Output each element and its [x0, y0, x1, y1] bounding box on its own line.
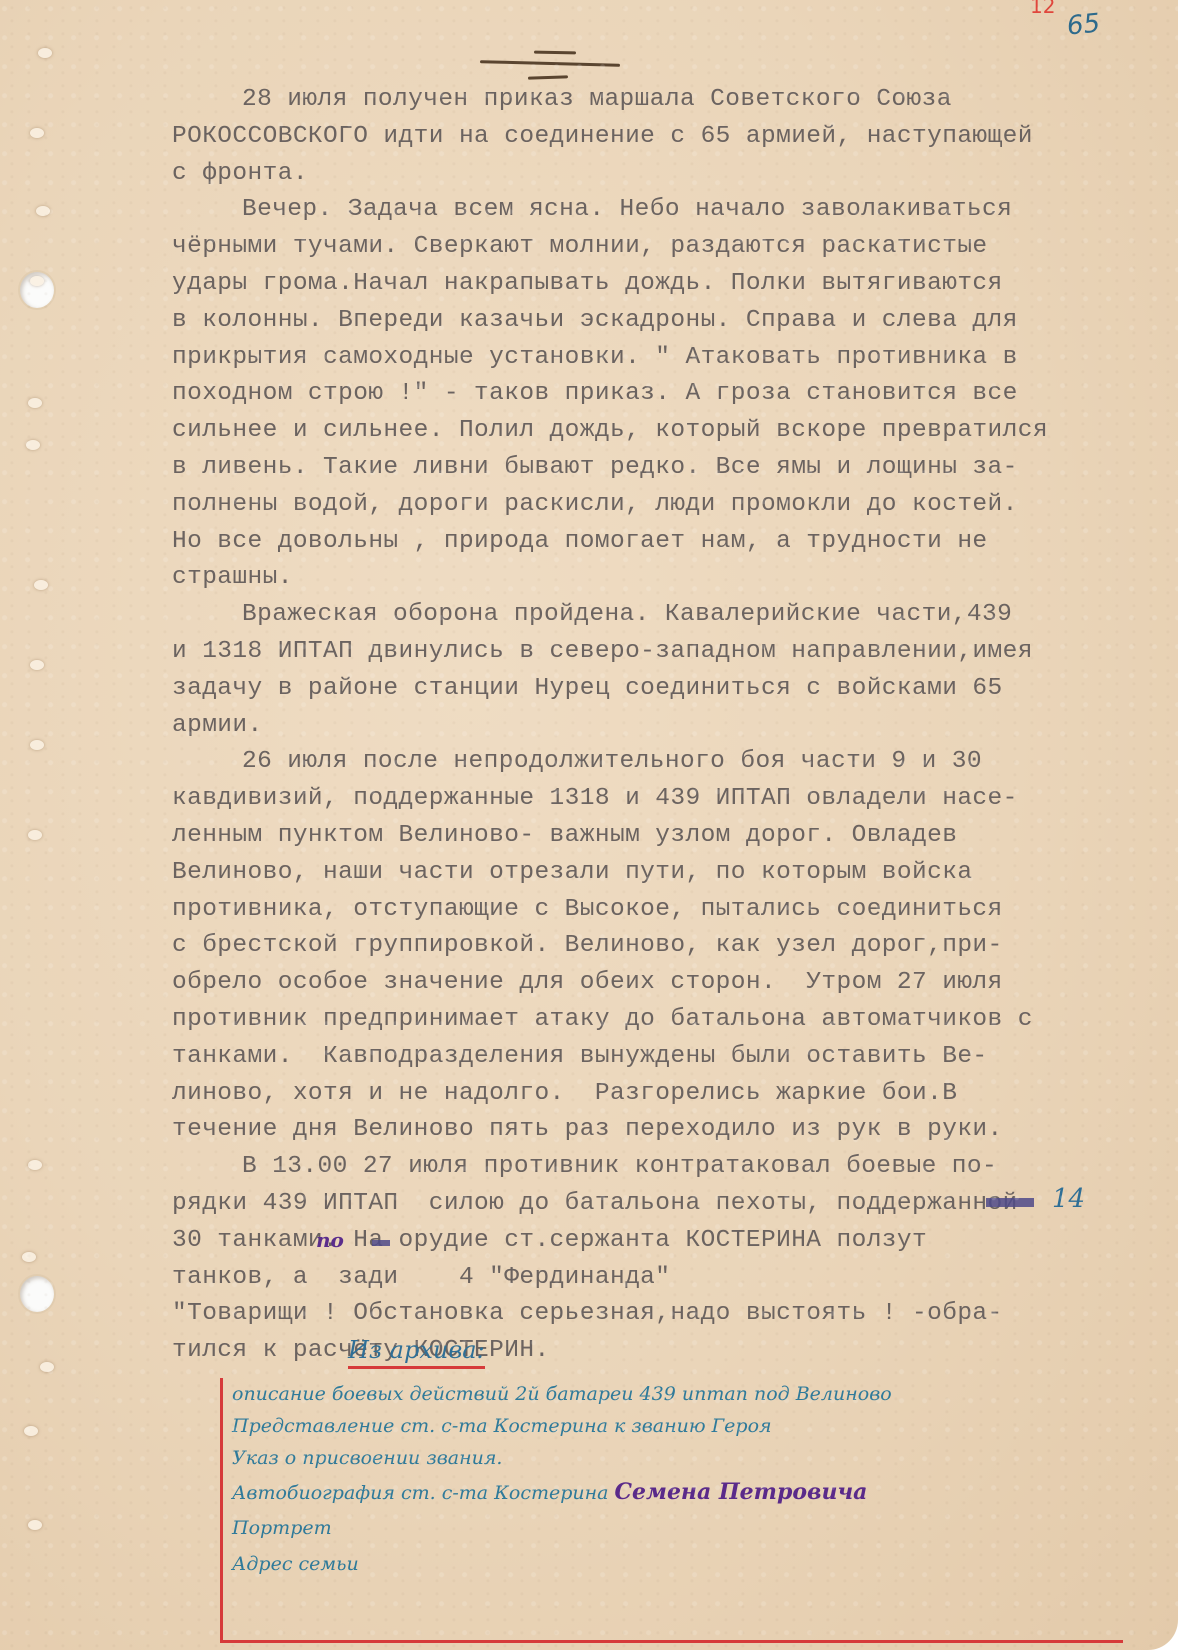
tack-mark [28, 1160, 42, 1170]
tack-mark [36, 206, 50, 216]
text-line: обрело особое значение для обеих сторон.… [172, 965, 1082, 1002]
text-line: 28 июля получен приказ маршала Советског… [172, 82, 1082, 119]
archive-name-addition: Семена Петровича [615, 1479, 868, 1505]
text-line: танков, а зади 4 "Фердинанда" [172, 1260, 1082, 1297]
text-line: задачу в районе станции Нурец соединитьс… [172, 671, 1082, 708]
separator-dash [534, 51, 576, 55]
text-line: тился к расчёту КОСТЕРИН. [172, 1333, 1082, 1370]
text-line: танками. Кавподразделения вынуждены были… [172, 1039, 1082, 1076]
text-line: страшны. [172, 560, 1082, 597]
text-line: чёрными тучами. Сверкают молнии, раздают… [172, 229, 1082, 266]
archive-note-title: Из архива: [348, 1336, 485, 1369]
tack-mark [28, 1520, 42, 1530]
text-line: 26 июля после непродолжительного боя час… [172, 744, 1082, 781]
tack-mark [34, 580, 48, 590]
text-line: полнены водой, дороги раскисли, люди про… [172, 487, 1082, 524]
handwritten-insert-po: по [316, 1228, 344, 1252]
tack-mark [30, 740, 44, 750]
archive-item: Портрет [232, 1510, 892, 1546]
text-line: кавдивизий, поддержанные 1318 и 439 ИПТА… [172, 781, 1082, 818]
text-line: и 1318 ИПТАП двинулись в северо-западном… [172, 634, 1082, 671]
tack-mark [38, 48, 52, 58]
text-line: прикрытия самоходные установки. " Атаков… [172, 340, 1082, 377]
strikeout-mark [986, 1198, 1034, 1207]
text-line: армии. [172, 708, 1082, 745]
text-line: линово, хотя и не надолго. Разгорелись ж… [172, 1076, 1082, 1113]
page-number: 65 [1066, 8, 1102, 41]
text-line: в ливень. Такие ливни бывают редко. Все … [172, 450, 1082, 487]
tack-mark [30, 660, 44, 670]
tack-mark [24, 1426, 38, 1436]
text-line: Но все довольны , природа помогает нам, … [172, 524, 1082, 561]
tack-mark [26, 440, 40, 450]
archive-item: Автобиография ст. с-та Костерина [232, 1482, 608, 1504]
text-line: сильнее и сильнее. Полил дождь, который … [172, 413, 1082, 450]
text-line: РОКОССОВСКОГО идти на соединение с 65 ар… [172, 119, 1082, 156]
tack-mark [28, 398, 42, 408]
archive-item: Представление ст. с-та Костерина к звани… [232, 1410, 892, 1442]
archive-item: описание боевых действий 2й батареи 439 … [232, 1378, 892, 1410]
document-page: 12 65 28 июля получен приказ маршала Сов… [0, 0, 1178, 1650]
typewritten-body: 28 июля получен приказ маршала Советског… [172, 82, 1082, 1370]
tack-mark [28, 830, 42, 840]
text-line: рядки 439 ИПТАП силою до батальона пехот… [172, 1186, 1082, 1223]
tack-mark [30, 128, 44, 138]
archive-item: Адрес семьи [232, 1546, 892, 1582]
text-line: противника, отступающие с Высокое, пытал… [172, 892, 1082, 929]
text-line: в колонны. Впереди казачьи эскадроны. Сп… [172, 303, 1082, 340]
archive-note-list: описание боевых действий 2й батареи 439 … [232, 1378, 892, 1582]
archive-item: Указ о присвоении звания. [232, 1442, 892, 1474]
tack-mark [30, 276, 44, 286]
separator-dash [528, 75, 568, 79]
text-line: с фронта. [172, 156, 1082, 193]
punch-hole-bottom [20, 1276, 54, 1312]
text-line: В 13.00 27 июля противник контратаковал … [172, 1149, 1082, 1186]
text-line: 30 танками. На орудие ст.сержанта КОСТЕР… [172, 1223, 1082, 1260]
text-line: Велиново, наши части отрезали пути, по к… [172, 855, 1082, 892]
text-line: Вражеская оборона пройдена. Кавалерийски… [172, 597, 1082, 634]
separator-line [480, 60, 620, 67]
text-line: с брестской группировкой. Велиново, как … [172, 928, 1082, 965]
tack-mark [22, 1252, 36, 1262]
text-line: течение дня Велиново пять раз переходило… [172, 1112, 1082, 1149]
text-line: ленным пунктом Велиново- важным узлом до… [172, 818, 1082, 855]
text-line: "Товарищи ! Обстановка серьезная,надо вы… [172, 1296, 1082, 1333]
strikeout-mark [372, 1240, 390, 1246]
tack-mark [40, 1362, 54, 1372]
text-line: противник предпринимает атаку до батальо… [172, 1002, 1082, 1039]
archive-red-mark: 12 [1030, 0, 1055, 18]
archive-item-autobiography: Автобиография ст. с-та Костерина Семена … [232, 1474, 892, 1510]
handwritten-tank-count: 14 [1052, 1184, 1085, 1214]
text-line: удары грома.Начал накрапывать дождь. Пол… [172, 266, 1082, 303]
text-line: походном строю !" - таков приказ. А гроз… [172, 376, 1082, 413]
text-line: Вечер. Задача всем ясна. Небо начало зав… [172, 192, 1082, 229]
